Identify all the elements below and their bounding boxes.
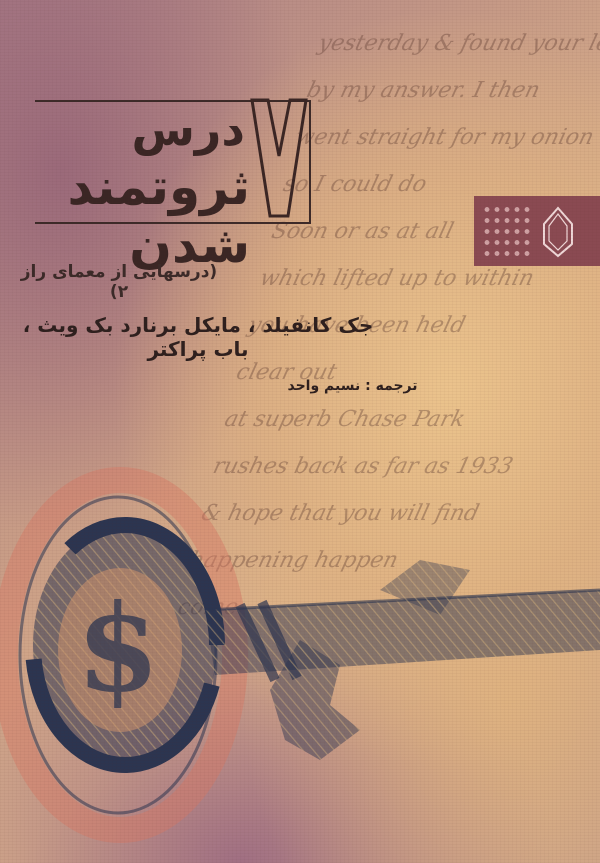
translator: ترجمه : نسیم واحد (255, 378, 450, 394)
publisher-band (474, 196, 600, 266)
hexagon-emblem-icon (542, 206, 574, 258)
authors: جک کانفیلد ، مایکل برنارد بک ویث ، باب پ… (8, 313, 388, 361)
book-subtitle: (درسهایی از معمای راز ۲) (14, 262, 224, 302)
handwriting-line: yesterday & found your lett (313, 20, 600, 67)
book-title-line-1: درس (131, 102, 245, 156)
handwriting-line: went straight for my onion (290, 114, 600, 161)
number-seven-glyph: ۷ (248, 96, 310, 222)
handwriting-line: by my answer. I then (301, 67, 600, 114)
dollar-key-icon: $ (0, 440, 600, 863)
svg-text:$: $ (76, 578, 160, 719)
handwriting-line: at superb Chase Park (219, 396, 591, 443)
svg-text:۷: ۷ (275, 161, 284, 180)
book-title-line-2: ثروتمند شدن (0, 158, 250, 274)
book-cover: yesterday & found your lett by my answer… (0, 0, 600, 863)
dot-grid-pattern (482, 204, 532, 258)
